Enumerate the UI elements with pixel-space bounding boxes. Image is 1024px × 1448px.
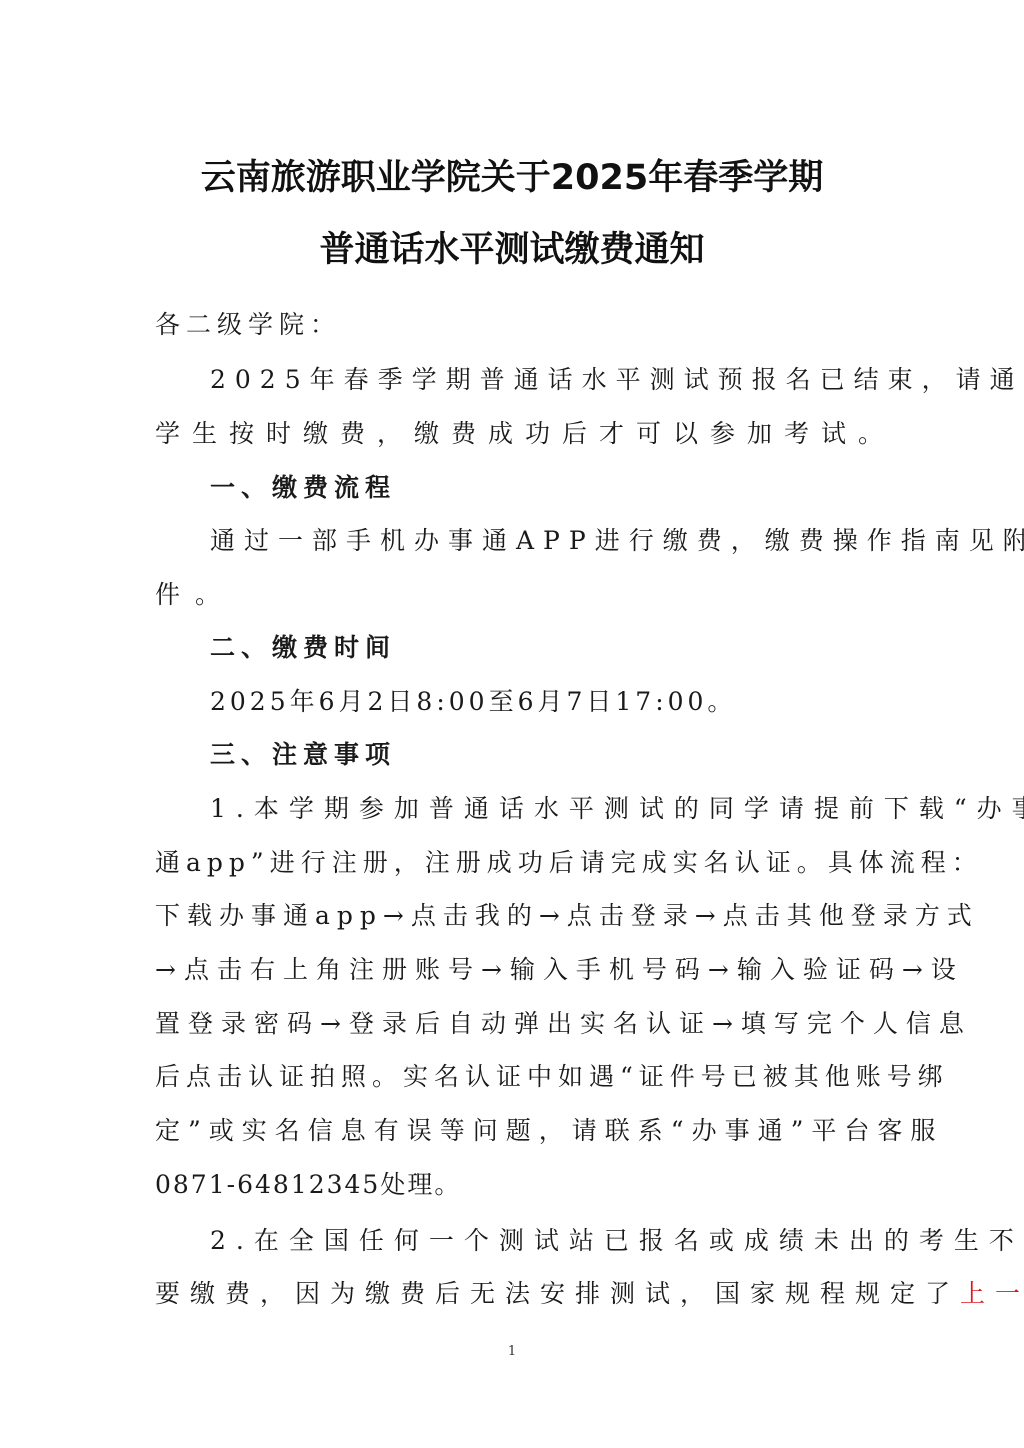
item-1-line-8: 0871-64812345处理。 (155, 1169, 867, 1201)
item-2-highlight: 上一次 (960, 1279, 1024, 1308)
section-3-heading: 三、注意事项 (210, 739, 867, 771)
item-1-line-7: 定”或实名信息有误等问题，请联系“办事通”平台客服 (155, 1115, 867, 1147)
item-1-line-4: →点击右上角注册账号→输入手机号码→输入验证码→设 (155, 954, 867, 986)
page-number: 1 (0, 1344, 1024, 1359)
item-1-line-2: 通app”进行注册，注册成功后请完成实名认证。具体流程： (155, 847, 867, 879)
section-1-body-line-2: 件。 (155, 579, 867, 611)
section-1-body-line-1: 通过一部手机办事通APP进行缴费，缴费操作指南见附 (210, 525, 867, 557)
document-page: 云南旅游职业学院关于2025年春季学期 普通话水平测试缴费通知 各二级学院： 2… (0, 0, 1024, 1448)
salutation: 各二级学院： (155, 309, 867, 341)
item-2-line-1: 2.在全国任何一个测试站已报名或成绩未出的考生不 (210, 1225, 867, 1257)
item-2-line-2: 要缴费，因为缴费后无法安排测试，国家规程规定了上一次 (155, 1278, 867, 1310)
document-title-line-1: 云南旅游职业学院关于2025年春季学期 (0, 158, 1024, 198)
intro-line-1: 2025年春季学期普通话水平测试预报名已结束，请通知 (210, 364, 867, 396)
item-1-line-1: 1.本学期参加普通话水平测试的同学请提前下载“办事 (210, 793, 867, 825)
item-1-line-5: 置登录密码→登录后自动弹出实名认证→填写完个人信息 (155, 1008, 867, 1040)
section-2-heading: 二、缴费时间 (210, 632, 867, 664)
item-1-line-6: 后点击认证拍照。实名认证中如遇“证件号已被其他账号绑 (155, 1061, 867, 1093)
section-2-body: 2025年6月2日8:00至6月7日17:00。 (210, 686, 867, 718)
item-2-line-2-text: 要缴费，因为缴费后无法安排测试，国家规程规定了 (155, 1279, 960, 1308)
item-1-line-3: 下载办事通app→点击我的→点击登录→点击其他登录方式 (155, 900, 867, 932)
document-title-line-2: 普通话水平测试缴费通知 (0, 230, 1024, 270)
intro-line-2: 学生按时缴费，缴费成功后才可以参加考试。 (155, 418, 867, 450)
section-1-heading: 一、缴费流程 (210, 472, 867, 504)
